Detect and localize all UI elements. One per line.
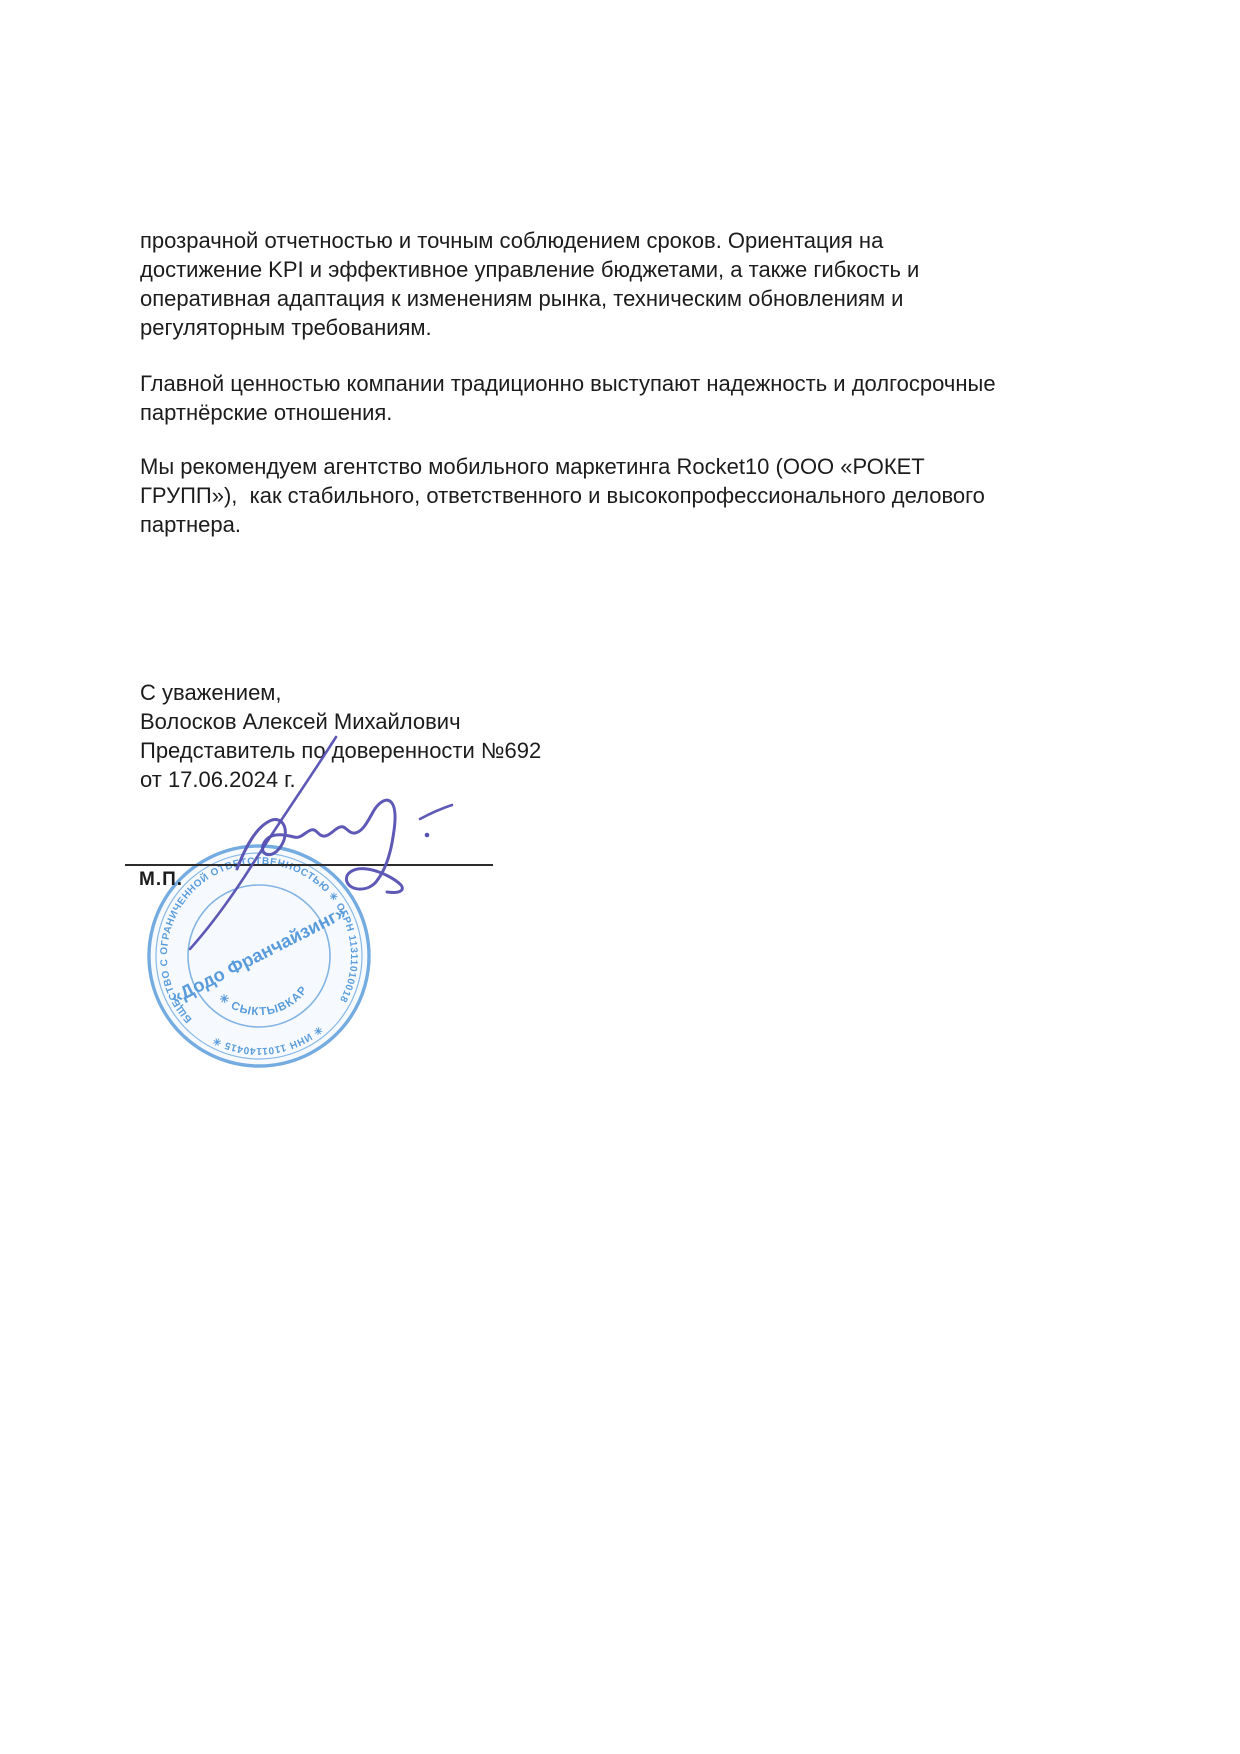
signature-dot: [425, 833, 430, 838]
paragraph-values: Главной ценностью компании традиционно в…: [140, 369, 996, 427]
paragraph-line: достижение KPI и эффективное управление …: [140, 255, 919, 284]
paragraph-line: Мы рекомендуем агентство мобильного марк…: [140, 452, 985, 481]
paragraph-line: прозрачной отчетностью и точным соблюден…: [140, 226, 919, 255]
paragraph-line: партнёрские отношения.: [140, 398, 996, 427]
signature-scribble-stroke: [237, 800, 402, 892]
paragraph-line: регуляторным требованиям.: [140, 313, 919, 342]
paragraph-line: партнера.: [140, 510, 985, 539]
paragraph-line: ГРУПП»), как стабильного, ответственного…: [140, 481, 985, 510]
scanned-letter-page: прозрачной отчетностью и точным соблюден…: [0, 0, 1240, 1754]
paragraph-recommendation: Мы рекомендуем агентство мобильного марк…: [140, 452, 985, 539]
paragraph-line: Главной ценностью компании традиционно в…: [140, 369, 996, 398]
signature-dash-stroke: [420, 805, 452, 819]
paragraph-quality: прозрачной отчетностью и точным соблюден…: [140, 226, 919, 342]
handwritten-signature: [150, 690, 510, 980]
handwritten-signature-graphic: [150, 690, 510, 980]
paragraph-line: оперативная адаптация к изменениям рынка…: [140, 284, 919, 313]
